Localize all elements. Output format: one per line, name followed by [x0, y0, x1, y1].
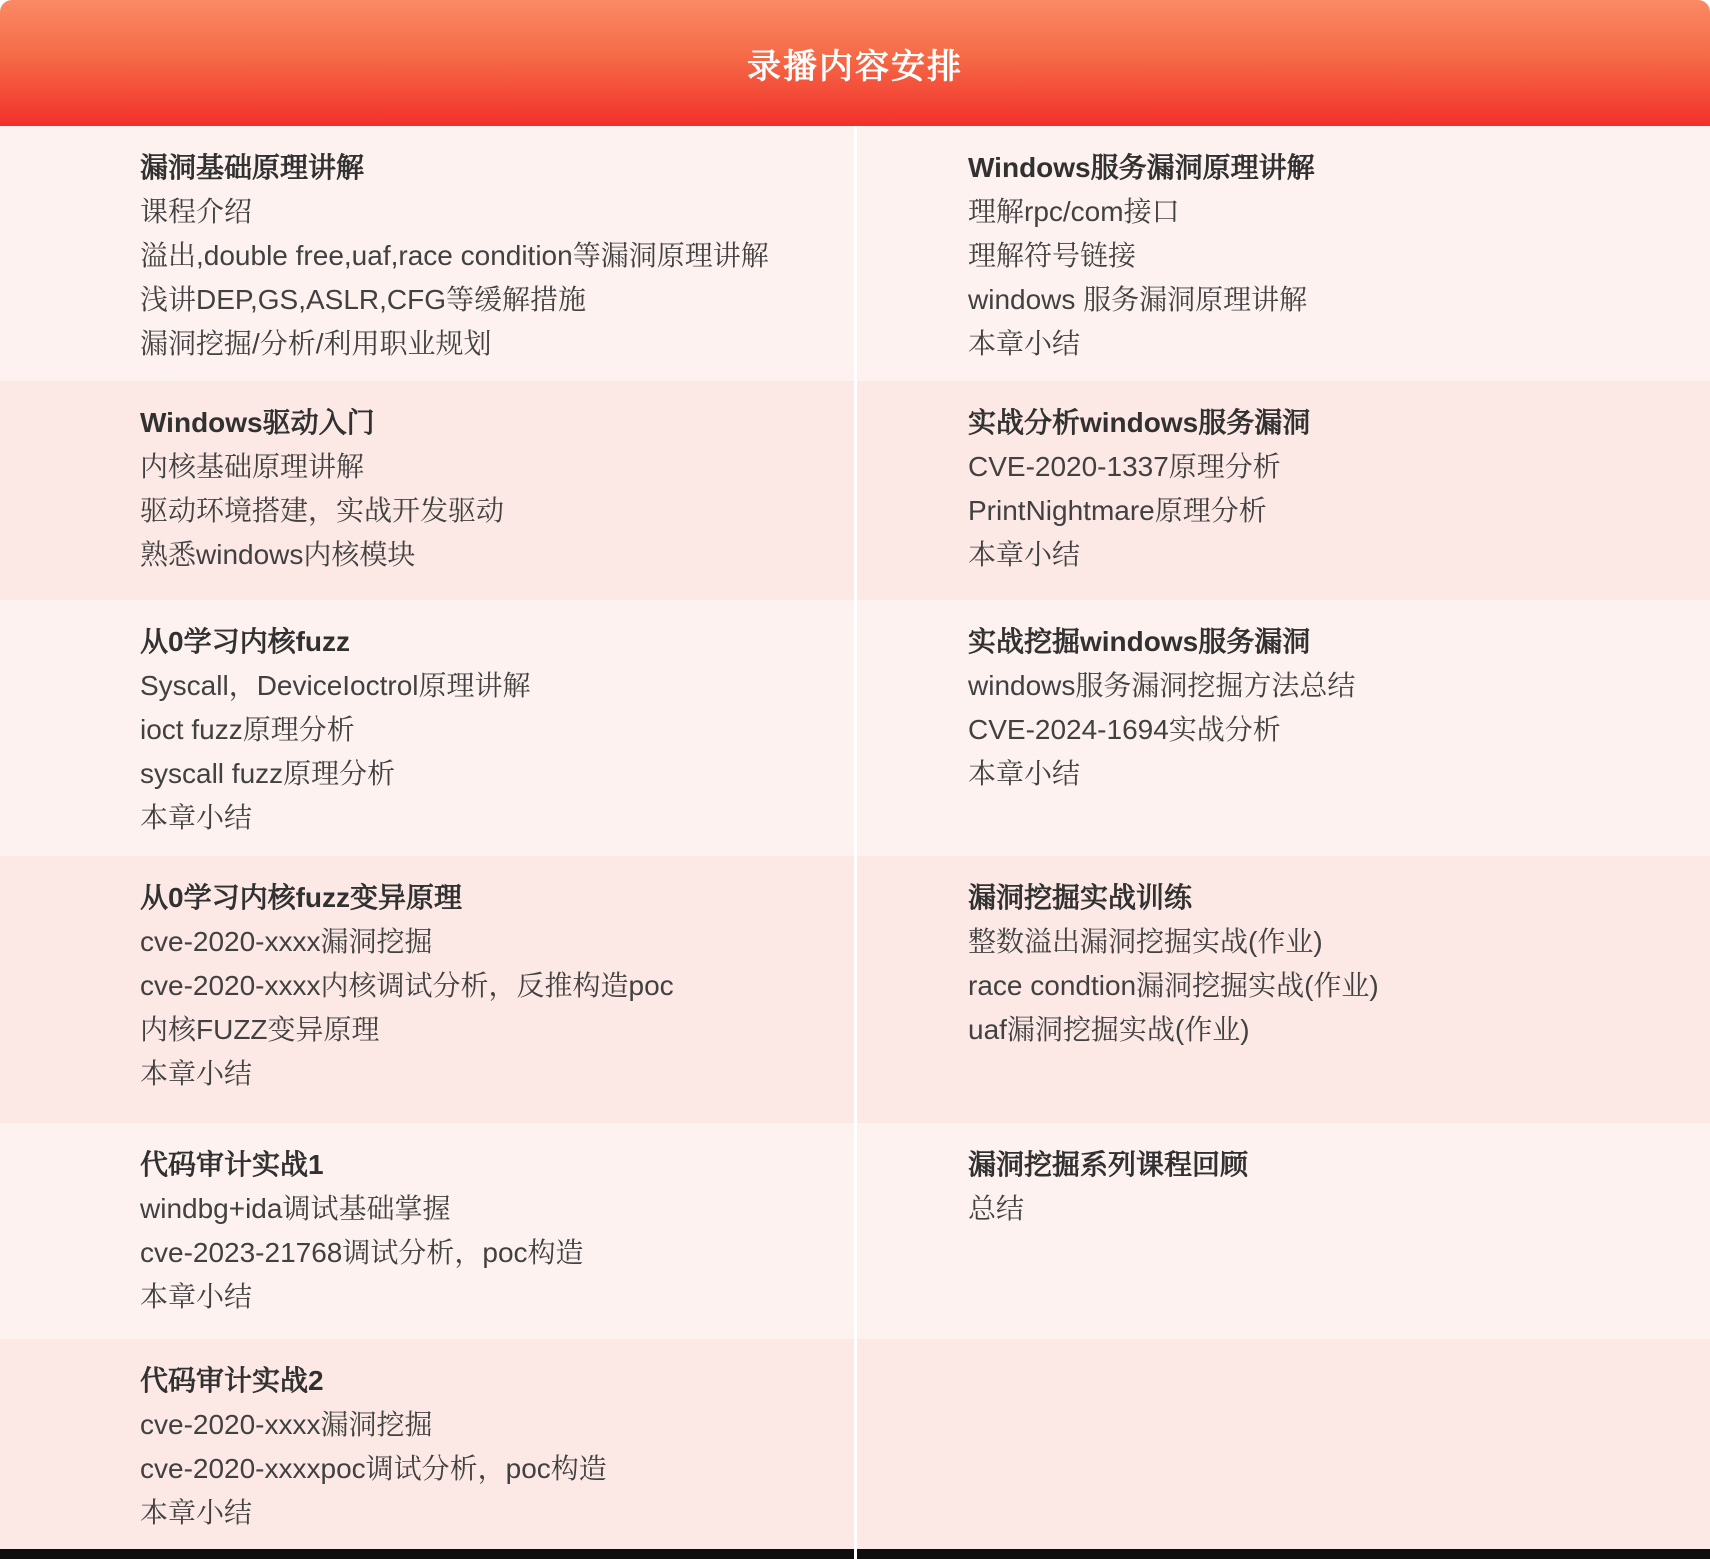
section-vuln-basics: 漏洞基础原理讲解 课程介绍 溢出,double free,uaf,race co…	[0, 126, 854, 381]
section-item: PrintNightmare原理分析	[968, 489, 1710, 533]
section-item: 本章小结	[968, 752, 1710, 796]
section-hunt-windows-service-vulns: 实战挖掘windows服务漏洞 windows服务漏洞挖掘方法总结 CVE-20…	[854, 600, 1710, 856]
section-title: 漏洞基础原理讲解	[140, 146, 854, 190]
header-banner: 录播内容安排	[0, 0, 1710, 126]
section-title: Windows驱动入门	[140, 401, 854, 445]
section-item: cve-2023-21768调试分析，poc构造	[140, 1231, 854, 1275]
section-item: race condtion漏洞挖掘实战(作业)	[968, 964, 1710, 1008]
section-title: 漏洞挖掘实战训练	[968, 876, 1710, 920]
section-title: 从0学习内核fuzz	[140, 620, 854, 664]
section-item: 溢出,double free,uaf,race condition等漏洞原理讲解	[140, 234, 854, 278]
column-divider	[854, 126, 857, 1559]
section-item: 驱动环境搭建，实战开发驱动	[140, 489, 854, 533]
section-item: 本章小结	[140, 796, 854, 840]
section-kernel-fuzz-from-zero: 从0学习内核fuzz Syscall，DeviceIoctrol原理讲解 ioc…	[0, 600, 854, 856]
section-item: CVE-2024-1694实战分析	[968, 708, 1710, 752]
section-item: 内核基础原理讲解	[140, 445, 854, 489]
section-code-audit-1: 代码审计实战1 windbg+ida调试基础掌握 cve-2023-21768调…	[0, 1123, 854, 1339]
section-item: cve-2020-xxxx漏洞挖掘	[140, 920, 854, 964]
section-item: 本章小结	[968, 322, 1710, 366]
section-item: CVE-2020-1337原理分析	[968, 445, 1710, 489]
section-item: cve-2020-xxxx内核调试分析，反推构造poc	[140, 964, 854, 1008]
section-item: cve-2020-xxxxpoc调试分析，poc构造	[140, 1447, 854, 1491]
section-title: 实战挖掘windows服务漏洞	[968, 620, 1710, 664]
section-item: cve-2020-xxxx漏洞挖掘	[140, 1403, 854, 1447]
section-item: Syscall，DeviceIoctrol原理讲解	[140, 664, 854, 708]
section-item: 浅讲DEP,GS,ASLR,CFG等缓解措施	[140, 278, 854, 322]
section-item: 课程介绍	[140, 190, 854, 234]
section-kernel-fuzz-mutation: 从0学习内核fuzz变异原理 cve-2020-xxxx漏洞挖掘 cve-202…	[0, 856, 854, 1123]
section-item: 理解rpc/com接口	[968, 190, 1710, 234]
section-item: 本章小结	[140, 1275, 854, 1319]
section-item: ioct fuzz原理分析	[140, 708, 854, 752]
section-title: 漏洞挖掘系列课程回顾	[968, 1143, 1710, 1187]
section-item: 本章小结	[140, 1052, 854, 1096]
section-item: 总结	[968, 1187, 1710, 1231]
section-vuln-hunting-practice: 漏洞挖掘实战训练 整数溢出漏洞挖掘实战(作业) race condtion漏洞挖…	[854, 856, 1710, 1123]
section-item: 本章小结	[968, 533, 1710, 577]
section-item: windbg+ida调试基础掌握	[140, 1187, 854, 1231]
section-analyze-windows-service-vulns: 实战分析windows服务漏洞 CVE-2020-1337原理分析 PrintN…	[854, 381, 1710, 600]
section-item: syscall fuzz原理分析	[140, 752, 854, 796]
section-item: 理解符号链接	[968, 234, 1710, 278]
page-title: 录播内容安排	[747, 39, 963, 88]
section-empty	[854, 1339, 1710, 1549]
section-title: 实战分析windows服务漏洞	[968, 401, 1710, 445]
section-item: 熟悉windows内核模块	[140, 533, 854, 577]
section-item: 本章小结	[140, 1491, 854, 1535]
section-title: Windows服务漏洞原理讲解	[968, 146, 1710, 190]
section-code-audit-2: 代码审计实战2 cve-2020-xxxx漏洞挖掘 cve-2020-xxxxp…	[0, 1339, 854, 1549]
section-item: 整数溢出漏洞挖掘实战(作业)	[968, 920, 1710, 964]
section-windows-service-principles: Windows服务漏洞原理讲解 理解rpc/com接口 理解符号链接 windo…	[854, 126, 1710, 381]
section-item: windows服务漏洞挖掘方法总结	[968, 664, 1710, 708]
section-item: windows 服务漏洞原理讲解	[968, 278, 1710, 322]
section-windows-driver-intro: Windows驱动入门 内核基础原理讲解 驱动环境搭建，实战开发驱动 熟悉win…	[0, 381, 854, 600]
section-item: uaf漏洞挖掘实战(作业)	[968, 1008, 1710, 1052]
section-title: 从0学习内核fuzz变异原理	[140, 876, 854, 920]
section-item: 漏洞挖掘/分析/利用职业规划	[140, 322, 854, 366]
section-item: 内核FUZZ变异原理	[140, 1008, 854, 1052]
course-schedule-page: 录播内容安排 漏洞基础原理讲解 课程介绍 溢出,double free,uaf,…	[0, 0, 1710, 1559]
section-course-review: 漏洞挖掘系列课程回顾 总结	[854, 1123, 1710, 1339]
section-title: 代码审计实战1	[140, 1143, 854, 1187]
section-title: 代码审计实战2	[140, 1359, 854, 1403]
